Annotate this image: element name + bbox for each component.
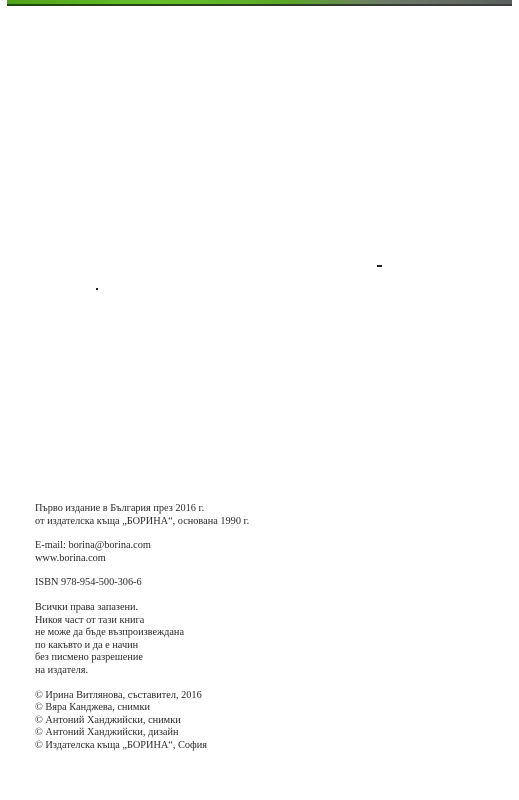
copyright-credits: © Ирина Витлянова, съставител, 2016 © Вя… [35, 690, 249, 753]
credit-line: © Издателска къща „БОРИНА“, София [35, 740, 249, 753]
rights-line: без писмено разрешение [35, 652, 249, 665]
edition-line: от издателска къща „БОРИНА“, основана 19… [35, 516, 249, 529]
credit-line: © Вяра Канджева, снимки [35, 702, 249, 715]
scan-speck [96, 288, 98, 290]
isbn-info: ISBN 978-954-500-306-6 [35, 577, 249, 590]
contact-info: E-mail: borina@borina.com www.borina.com [35, 540, 249, 565]
edition-line: Първо издание в България през 2016 г. [35, 503, 249, 516]
rights-line: не може да бъде възпроизвеждана [35, 627, 249, 640]
top-decorative-bar [7, 0, 512, 6]
edition-info: Първо издание в България през 2016 г. от… [35, 503, 249, 528]
credit-line: © Антоний Ханджийски, дизайн [35, 727, 249, 740]
rights-line: Никоя част от тази книга [35, 615, 249, 628]
rights-line: Всички права запазени. [35, 602, 249, 615]
credit-line: © Ирина Витлянова, съставител, 2016 [35, 690, 249, 703]
credit-line: © Антоний Ханджийски, снимки [35, 715, 249, 728]
email-link[interactable]: E-mail: borina@borina.com [35, 540, 249, 553]
website-link[interactable]: www.borina.com [35, 553, 249, 566]
rights-line: на издателя. [35, 665, 249, 678]
scan-speck [377, 265, 382, 267]
imprint-page: Първо издание в България през 2016 г. от… [35, 503, 249, 765]
isbn: ISBN 978-954-500-306-6 [35, 577, 249, 590]
rights-line: по какъвто и да е начин [35, 640, 249, 653]
rights-notice: Всички права запазени. Никоя част от таз… [35, 602, 249, 678]
